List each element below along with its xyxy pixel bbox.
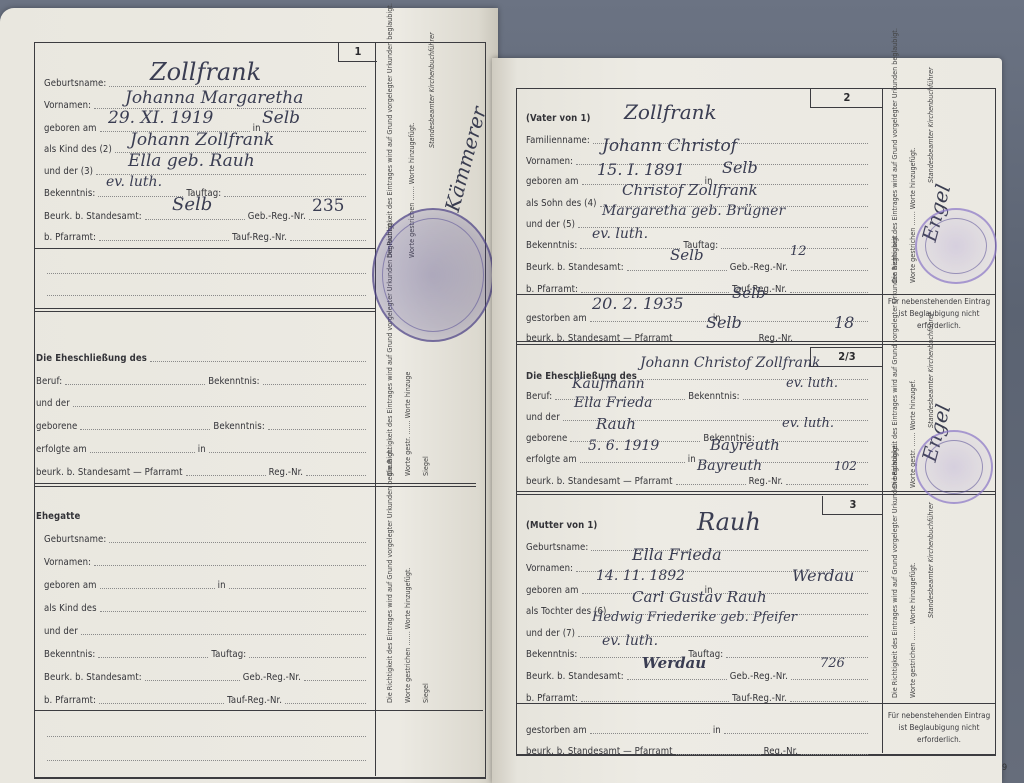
- hw-und-der: Ella geb. Rauh: [128, 151, 255, 171]
- spouse-standesamt: Beurk. b. Standesamt:Geb.-Reg.-Nr.: [44, 672, 369, 683]
- label-und-der: und der: [526, 412, 560, 423]
- label-beurk: beurk. b. Standesamt — Pfarramt: [526, 746, 673, 757]
- label-geboren-am: geboren am: [44, 123, 97, 134]
- hw-und-der: Hedwig Friederike geb. Pfeifer: [592, 610, 797, 625]
- divider-double: [517, 341, 995, 345]
- label-reg-nr: Reg.-Nr.: [764, 746, 799, 757]
- right-page: 2 (Vater von 1) Familienname: Zollfrank …: [492, 58, 1002, 783]
- label-geburtsname: Geburtsname:: [526, 542, 588, 553]
- label-bekenntnis: Bekenntnis:: [208, 376, 259, 387]
- marriage-geborene: geboreneBekenntnis:: [526, 433, 871, 444]
- label-und-der: und der: [36, 398, 70, 409]
- father-gestorben: gestorben amin: [526, 313, 871, 324]
- hw-geburtsname: Zollfrank: [150, 58, 261, 86]
- hw-bekenntnis-1: ev. luth.: [786, 376, 838, 391]
- label-bekenntnis: Bekenntnis:: [688, 391, 739, 402]
- label-in: in: [198, 444, 206, 455]
- hw-geb-reg-nr: 235: [312, 196, 344, 216]
- label-geburtsname: Geburtsname:: [44, 534, 106, 545]
- marriage-erfolgte: erfolgte amin: [36, 444, 369, 455]
- spouse-vornamen: Vornamen:: [44, 557, 369, 568]
- label-tauf-reg-nr: Tauf-Reg.-Nr.: [227, 695, 282, 706]
- label-standesamt: Beurk. b. Standesamt:: [526, 262, 624, 273]
- hw-geboren-in: Selb: [262, 108, 300, 128]
- hw-beurk: Selb: [706, 313, 742, 332]
- label-geb-reg-nr: Geb.-Reg.-Nr.: [243, 672, 301, 683]
- hw-bekenntnis-2: ev. luth.: [782, 416, 834, 431]
- hw-gestorben-am: 20. 2. 1935: [592, 294, 684, 313]
- label-beruf: Beruf:: [36, 376, 62, 387]
- section-number-2: 2: [810, 89, 883, 108]
- hw-geboren-in: Werdau: [792, 566, 854, 585]
- label-geboren-am: geboren am: [44, 580, 97, 591]
- field-pfarramt: b. Pfarramt:Tauf-Reg.-Nr.: [44, 232, 369, 243]
- marriage-und-der: und der: [36, 398, 369, 409]
- hw-geb-reg-nr: 12: [790, 244, 807, 259]
- hw-vornamen: Ella Frieda: [632, 545, 722, 564]
- hw-bekenntnis: ev. luth.: [106, 174, 162, 190]
- spouse-pfarramt: b. Pfarramt:Tauf-Reg.-Nr.: [44, 695, 369, 706]
- divider-double: [517, 491, 995, 495]
- section-number-1: 1: [338, 43, 377, 62]
- hw-und-der: Margaretha geb. Brügner: [602, 203, 785, 219]
- mother-standesamt: Beurk. b. Standesamt:Geb.-Reg.-Nr.: [526, 671, 871, 682]
- hw-vornamen: Johann Christof: [602, 136, 737, 156]
- spouse-kind-des: als Kind des: [44, 603, 369, 614]
- mother-beurk: beurk. b. Standesamt — PfarramtReg.-Nr.: [526, 746, 871, 757]
- label-standesamt: Beurk. b. Standesamt:: [526, 671, 624, 682]
- label-reg-nr: Reg.-Nr.: [749, 476, 784, 487]
- divider: [35, 248, 376, 249]
- label-bekenntnis: Bekenntnis:: [526, 240, 577, 251]
- hw-standesamt: Selb: [172, 194, 212, 215]
- hw-kind-des: Johann Zollfrank: [130, 130, 274, 150]
- label-geb-reg-nr: Geb.-Reg.-Nr.: [248, 211, 306, 222]
- hw-beurk: Bayreuth: [697, 458, 762, 474]
- label-geburtsname: Geburtsname:: [44, 78, 106, 89]
- hw-geburtsname: Rauh: [697, 508, 761, 536]
- label-sohn-des: als Sohn des (4): [526, 198, 597, 209]
- father-und-der: und der (5): [526, 219, 871, 230]
- label-kind-des: als Kind des (2): [44, 144, 112, 155]
- marriage-beurk: beurk. b. Standesamt — PfarramtReg.-Nr.: [36, 467, 369, 478]
- label-und-der: und der (3): [44, 166, 93, 177]
- hw-geboren-am: 14. 11. 1892: [596, 568, 685, 584]
- label-beruf: Beruf:: [526, 391, 552, 402]
- father-heading: (Vater von 1): [526, 113, 591, 124]
- hw-geboren-am: 29. XI. 1919: [108, 108, 213, 128]
- hw-erfolgte-in: Bayreuth: [710, 436, 780, 454]
- label-spouse-heading: Ehegatte: [36, 511, 80, 522]
- divider-double: [35, 308, 376, 312]
- label-bekenntnis: Bekenntnis:: [44, 188, 95, 199]
- divider: [517, 703, 995, 704]
- label-bekenntnis: Bekenntnis:: [44, 649, 95, 660]
- section-number-3: 3: [822, 496, 883, 515]
- label-reg-nr: Reg.-Nr.: [269, 467, 304, 478]
- hw-und-der: Ella Frieda: [574, 395, 652, 411]
- label-beurk: beurk. b. Standesamt — Pfarramt: [36, 467, 183, 478]
- death-note-father: Für nebenstehenden Eintrag ist Beglaubig…: [886, 296, 992, 332]
- label-tauftag: Tauftag:: [211, 649, 246, 660]
- mother-heading: (Mutter von 1): [526, 520, 597, 531]
- hw-tochter-des: Carl Gustav Rauh: [632, 588, 767, 606]
- left-page: 1 Geburtsname: Zollfrank Vornamen: Johan…: [0, 8, 498, 783]
- mother-und-der: und der (7): [526, 628, 871, 639]
- label-geb-reg-nr: Geb.-Reg.-Nr.: [730, 671, 788, 682]
- blank-line-3: [44, 736, 369, 739]
- hw-erfolgte-am: 5. 6. 1919: [588, 438, 659, 454]
- label-vornamen: Vornamen:: [44, 557, 91, 568]
- hw-reg-nr: 18: [834, 313, 854, 332]
- label-bekenntnis: Bekenntnis:: [526, 649, 577, 660]
- hw-standesamt: Selb: [670, 246, 704, 264]
- label-pfarramt: b. Pfarramt:: [44, 232, 96, 243]
- spouse-heading: Ehegatte: [36, 511, 369, 522]
- spouse-geburtsname: Geburtsname:: [44, 534, 369, 545]
- label-standesamt: Beurk. b. Standesamt:: [44, 211, 142, 222]
- label-marriage-heading: Die Eheschließung des: [36, 353, 147, 364]
- label-gestorben-am: gestorben am: [526, 313, 587, 324]
- hw-beruf: Kaufmann: [572, 376, 645, 392]
- blank-line-4: [44, 760, 369, 763]
- blank-line-1: [44, 273, 369, 276]
- label-geboren-am: geboren am: [526, 176, 579, 187]
- hw-geb-reg-nr: 726: [820, 656, 845, 671]
- label-in: in: [688, 454, 696, 465]
- label-father-heading: (Vater von 1): [526, 113, 591, 124]
- hw-bekenntnis: ev. luth.: [602, 633, 658, 649]
- mother-gestorben: gestorben amin: [526, 725, 871, 736]
- official-seal-stamp: [372, 208, 494, 342]
- right-cert-divider: [882, 89, 883, 753]
- hw-geboren-in: Selb: [722, 158, 758, 177]
- blank-line-2: [44, 295, 369, 298]
- left-cert-divider: [375, 43, 376, 776]
- cert-text-mother: Die Richtigkeit des Eintrages wird auf G…: [890, 508, 936, 698]
- spouse-geboren: geboren amin: [44, 580, 369, 591]
- divider-double: [35, 483, 476, 487]
- hw-reg-nr: 102: [834, 459, 857, 473]
- death-note-mother: Für nebenstehenden Eintrag ist Beglaubig…: [886, 710, 992, 746]
- label-in: in: [218, 580, 226, 591]
- hw-gestorben-in: Selb: [732, 284, 766, 302]
- label-geb-reg-nr: Geb.-Reg.-Nr.: [730, 262, 788, 273]
- spouse-bekenntnis: Bekenntnis:Tauftag:: [44, 649, 369, 660]
- hw-familienname: Zollfrank: [624, 100, 717, 124]
- hw-sohn-des: Christof Zollfrank: [622, 181, 758, 199]
- marriage-geborene: geboreneBekenntnis:: [36, 421, 369, 432]
- label-gestorben-am: gestorben am: [526, 725, 587, 736]
- label-erfolgte-am: erfolgte am: [36, 444, 87, 455]
- label-bekenntnis: Bekenntnis:: [213, 421, 264, 432]
- label-geborene: geborene: [526, 433, 567, 444]
- marriage-heading: Die Eheschließung des: [36, 353, 369, 364]
- registry-office-stamp: [915, 208, 997, 284]
- label-kind-des: als Kind des: [44, 603, 97, 614]
- cert-text-spouse: Die Richtigkeit des Eintrages wird auf G…: [385, 503, 431, 703]
- label-mother-heading: (Mutter von 1): [526, 520, 597, 531]
- father-vornamen: Vornamen:: [526, 156, 871, 167]
- label-pfarramt: b. Pfarramt:: [44, 695, 96, 706]
- label-in: in: [713, 725, 721, 736]
- hw-bekenntnis: ev. luth.: [592, 226, 648, 242]
- hw-geboren-am: 15. I. 1891: [597, 160, 685, 179]
- hw-standesamt: Werdau: [642, 654, 706, 672]
- registry-office-stamp: [915, 430, 993, 504]
- label-vornamen: Vornamen:: [526, 563, 573, 574]
- divider: [35, 710, 483, 711]
- page-number: 9: [1002, 763, 1007, 773]
- label-geboren-am: geboren am: [526, 585, 579, 596]
- marriage-beruf: Beruf:Bekenntnis:: [36, 376, 369, 387]
- label-familienname: Familienname:: [526, 135, 590, 146]
- label-und-der: und der (7): [526, 628, 575, 639]
- label-und-der: und der: [44, 626, 78, 637]
- label-und-der: und der (5): [526, 219, 575, 230]
- label-vornamen: Vornamen:: [526, 156, 573, 167]
- hw-geborene: Rauh: [596, 415, 636, 433]
- label-standesamt: Beurk. b. Standesamt:: [44, 672, 142, 683]
- label-beurk: beurk. b. Standesamt — Pfarramt: [526, 476, 673, 487]
- label-vornamen: Vornamen:: [44, 100, 91, 111]
- label-erfolgte-am: erfolgte am: [526, 454, 577, 465]
- hw-marriage-heading: Johann Christof Zollfrank: [640, 355, 821, 371]
- spouse-und-der: und der: [44, 626, 369, 637]
- hw-vornamen: Johanna Margaretha: [125, 88, 303, 108]
- label-geborene: geborene: [36, 421, 77, 432]
- marriage-beurk: beurk. b. Standesamt — PfarramtReg.-Nr.: [526, 476, 871, 487]
- label-tauf-reg-nr: Tauf-Reg.-Nr.: [232, 232, 287, 243]
